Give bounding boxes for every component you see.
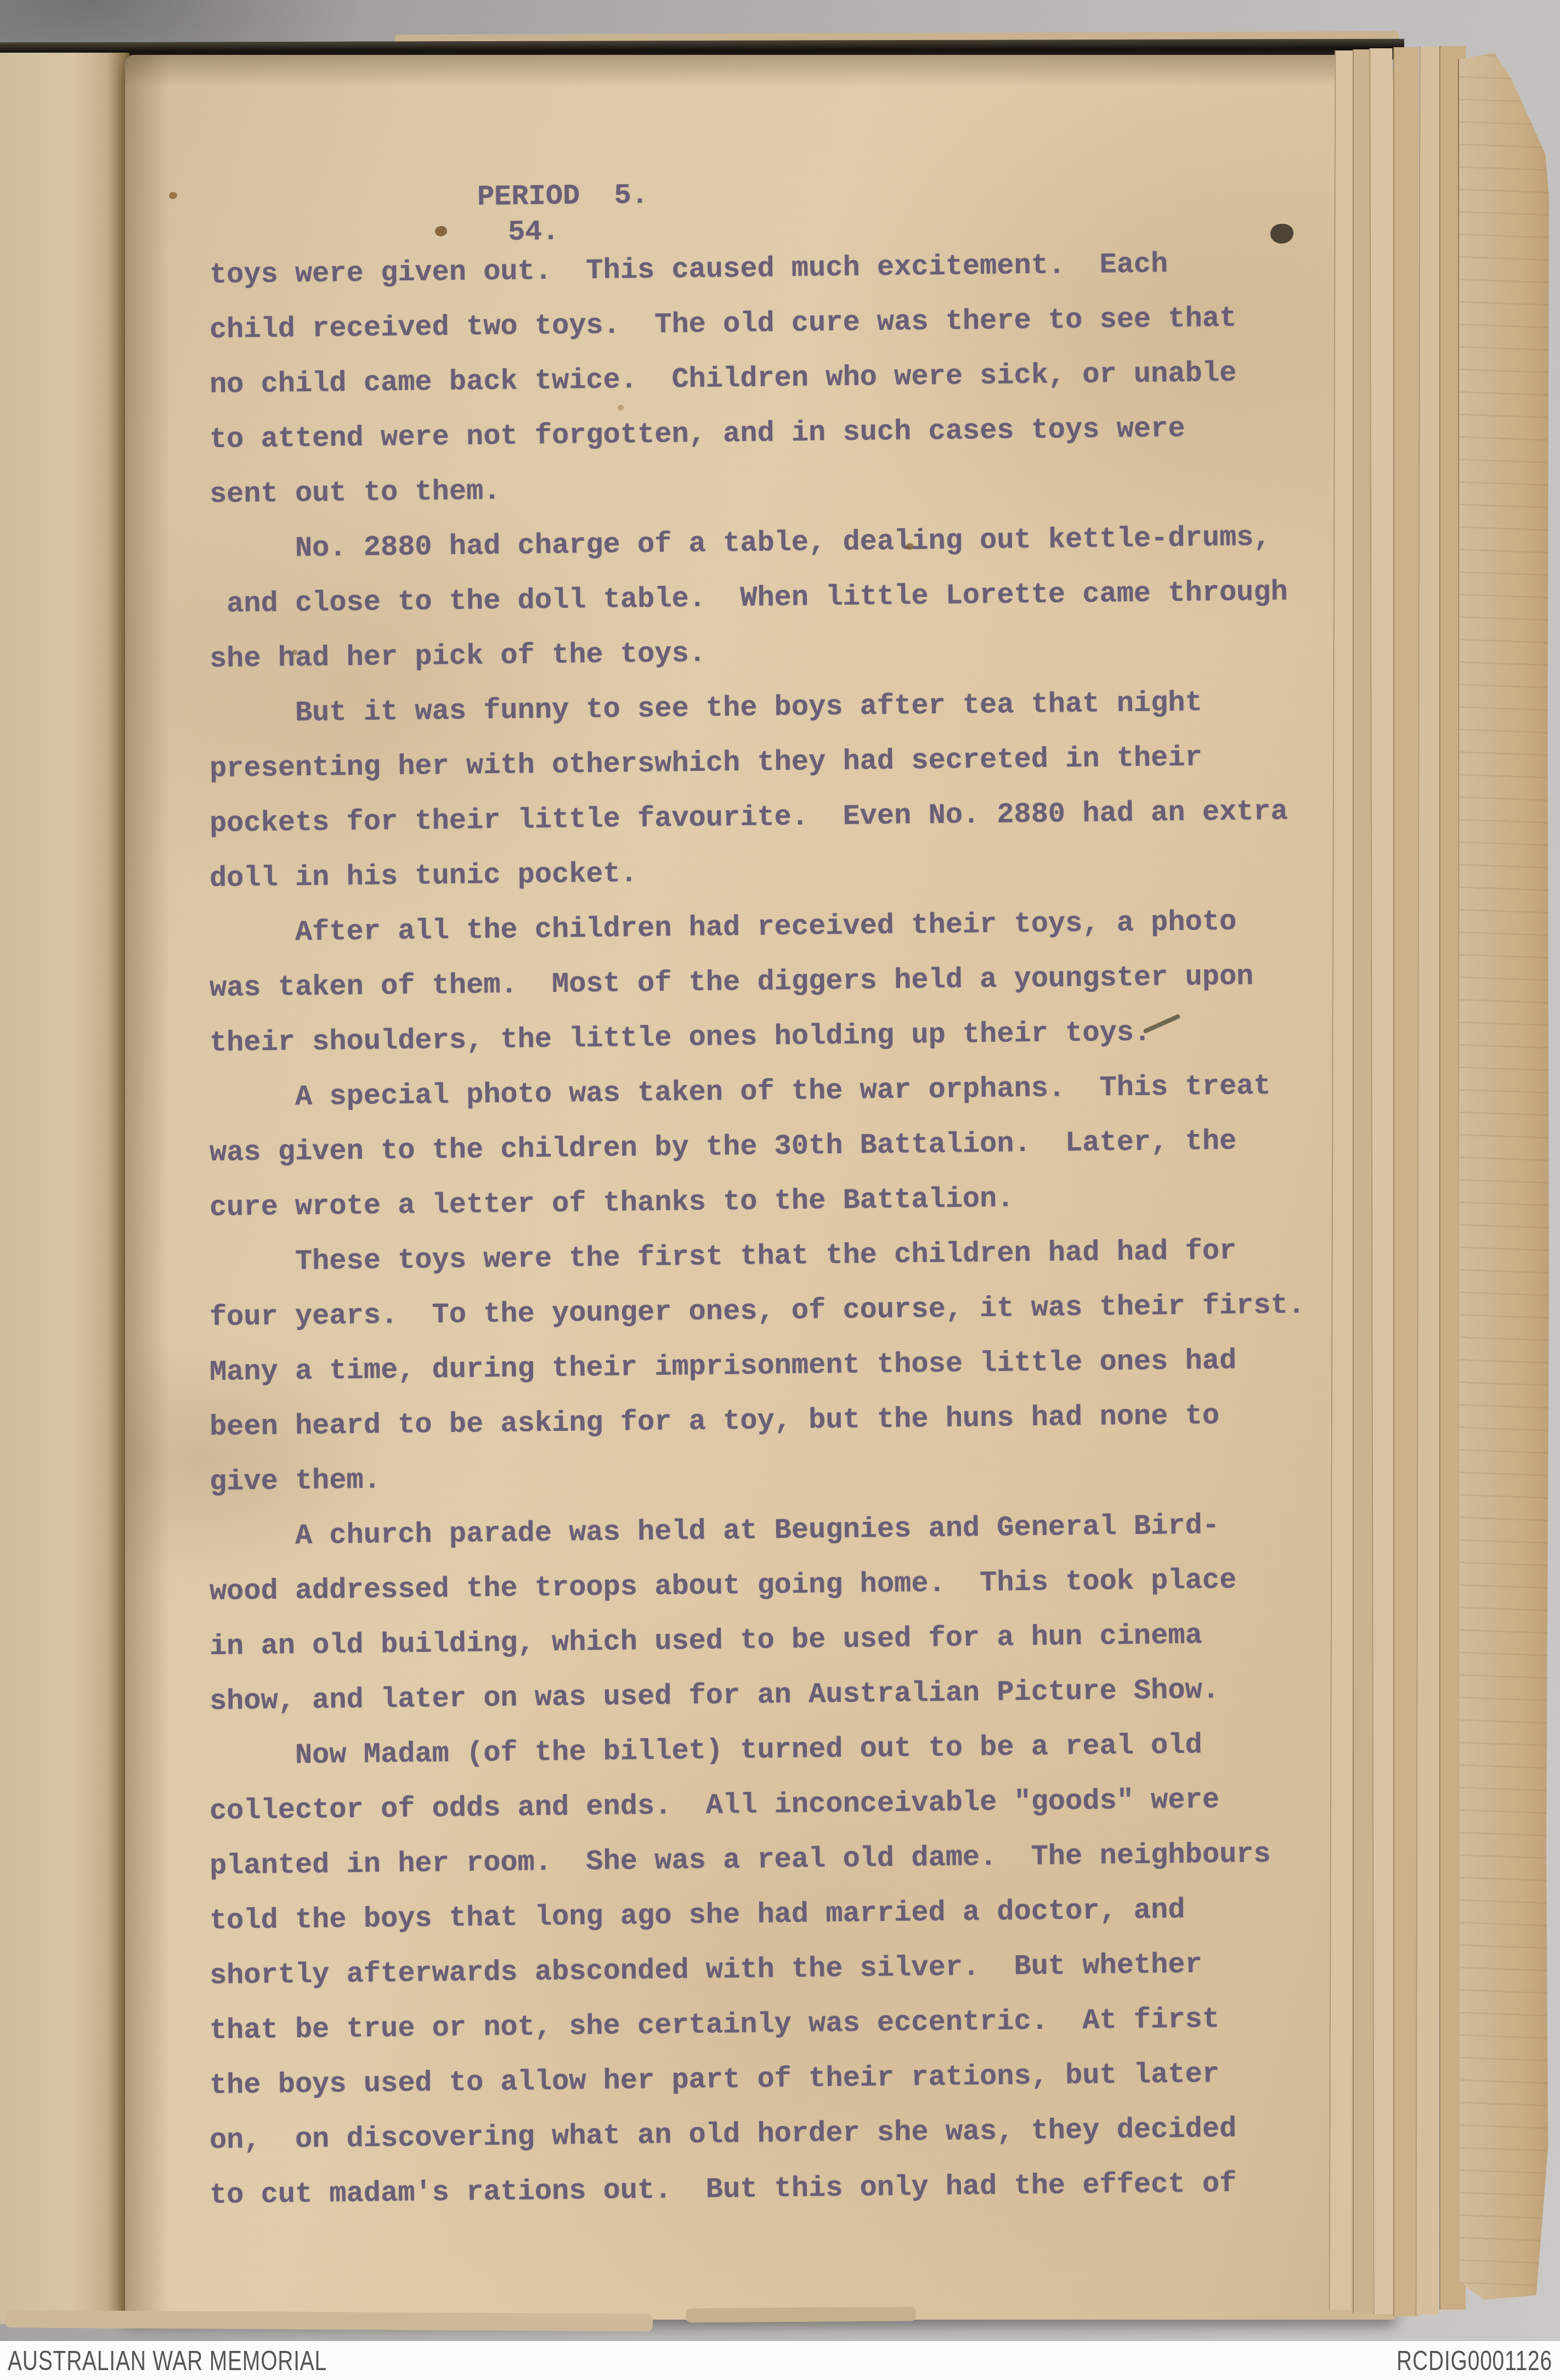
typed-body-text: toys were given out. This caused much ex…: [210, 248, 1305, 2223]
text-line: to cut madam's rations out. But this onl…: [209, 2156, 1305, 2223]
page-heading-period: PERIOD 5.: [477, 179, 649, 214]
typed-text-layer: PERIOD 5. 54. toys were given out. This …: [0, 0, 1560, 2380]
archive-name-label: AUSTRALIAN WAR MEMORIAL: [8, 2345, 327, 2377]
record-id-label: RCDIG0001126: [1397, 2345, 1552, 2377]
scanned-document-page: PERIOD 5. 54. toys were given out. This …: [0, 0, 1560, 2380]
digitisation-footer-bar: AUSTRALIAN WAR MEMORIAL RCDIG0001126: [0, 2341, 1560, 2380]
